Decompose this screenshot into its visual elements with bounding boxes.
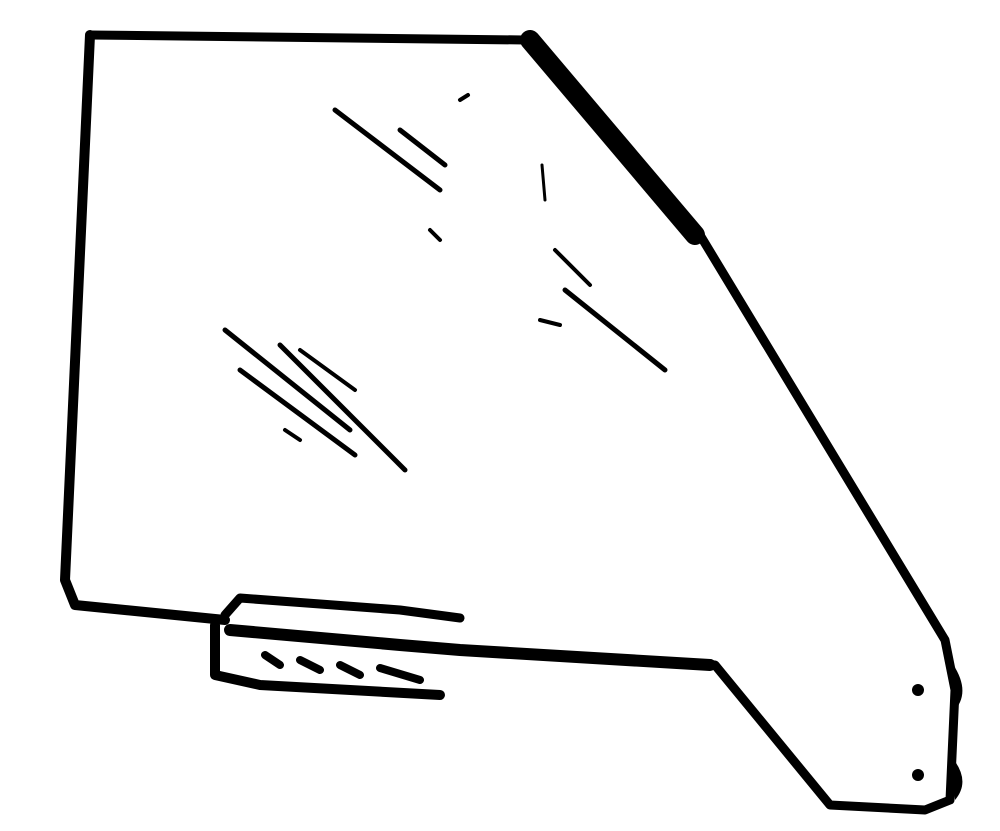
bottom-channel-bracket (215, 598, 710, 695)
door-glass-drawing (0, 0, 1000, 831)
glass-reflection-lines (225, 95, 665, 470)
glass-outline (65, 35, 955, 810)
